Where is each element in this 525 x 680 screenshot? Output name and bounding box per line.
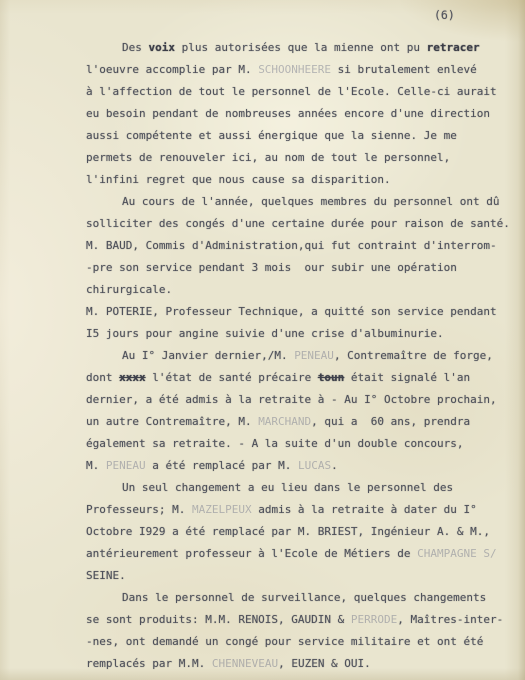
- text-line: -pre son service pendant 3 mois our subi…: [86, 257, 516, 279]
- text-line: permets de renouveler ici, au nom de tou…: [86, 147, 516, 169]
- document-page: (6) Des voix plus autorisées que la mien…: [0, 0, 525, 680]
- text-line: SEINE.: [86, 565, 516, 587]
- text-line: Dans le personnel de surveillance, quelq…: [86, 587, 516, 609]
- text-line: Au cours de l'année, quelques membres du…: [86, 191, 516, 213]
- text-line: solliciter des congés d'une certaine dur…: [86, 213, 516, 235]
- text-line: remplacés par M.M. CHENNEVEAU, EUZEN & O…: [86, 653, 516, 675]
- page-number: (6): [434, 8, 455, 22]
- text-line: Au I° Janvier dernier,/M. PENEAU, Contre…: [86, 345, 516, 367]
- text-line: à l'affection de tout le personnel de l'…: [86, 81, 516, 103]
- text-line: l'oeuvre accomplie par M. SCHOONHEERE si…: [86, 59, 516, 81]
- text-line: M. BAUD, Commis d'Administration,qui fut…: [86, 235, 516, 257]
- text-line: Professeurs; M. MAZELPEUX admis à la ret…: [86, 499, 516, 521]
- text-line: aussi compétente et aussi énergique que …: [86, 125, 516, 147]
- text-line: Octobre I929 a été remplacé par M. BRIES…: [86, 521, 516, 543]
- text-line: eu besoin pendant de nombreuses années e…: [86, 103, 516, 125]
- text-line: l'infini regret que nous cause sa dispar…: [86, 169, 516, 191]
- text-line: un autre Contremaître, M. MARCHAND, qui …: [86, 411, 516, 433]
- document-body: Des voix plus autorisées que la mienne o…: [86, 37, 516, 675]
- text-line: M. PENEAU a été remplacé par M. LUCAS.: [86, 455, 516, 477]
- text-line: Des voix plus autorisées que la mienne o…: [86, 37, 516, 59]
- text-line: M. POTERIE, Professeur Technique, a quit…: [86, 301, 516, 323]
- text-line: chirurgicale.: [86, 279, 516, 301]
- text-line: -nes, ont demandé un congé pour service …: [86, 631, 516, 653]
- text-line: dernier, a été admis à la retraite à - A…: [86, 389, 516, 411]
- text-line: I5 jours pour angine suivie d'une crise …: [86, 323, 516, 345]
- text-line: Un seul changement a eu lieu dans le per…: [86, 477, 516, 499]
- text-line: également sa retraite. - A la suite d'un…: [86, 433, 516, 455]
- text-line: dont xxxx l'état de santé précaire toun …: [86, 367, 516, 389]
- text-line: antérieurement professeur à l'Ecole de M…: [86, 543, 516, 565]
- text-line: se sont produits: M.M. RENOIS, GAUDIN & …: [86, 609, 516, 631]
